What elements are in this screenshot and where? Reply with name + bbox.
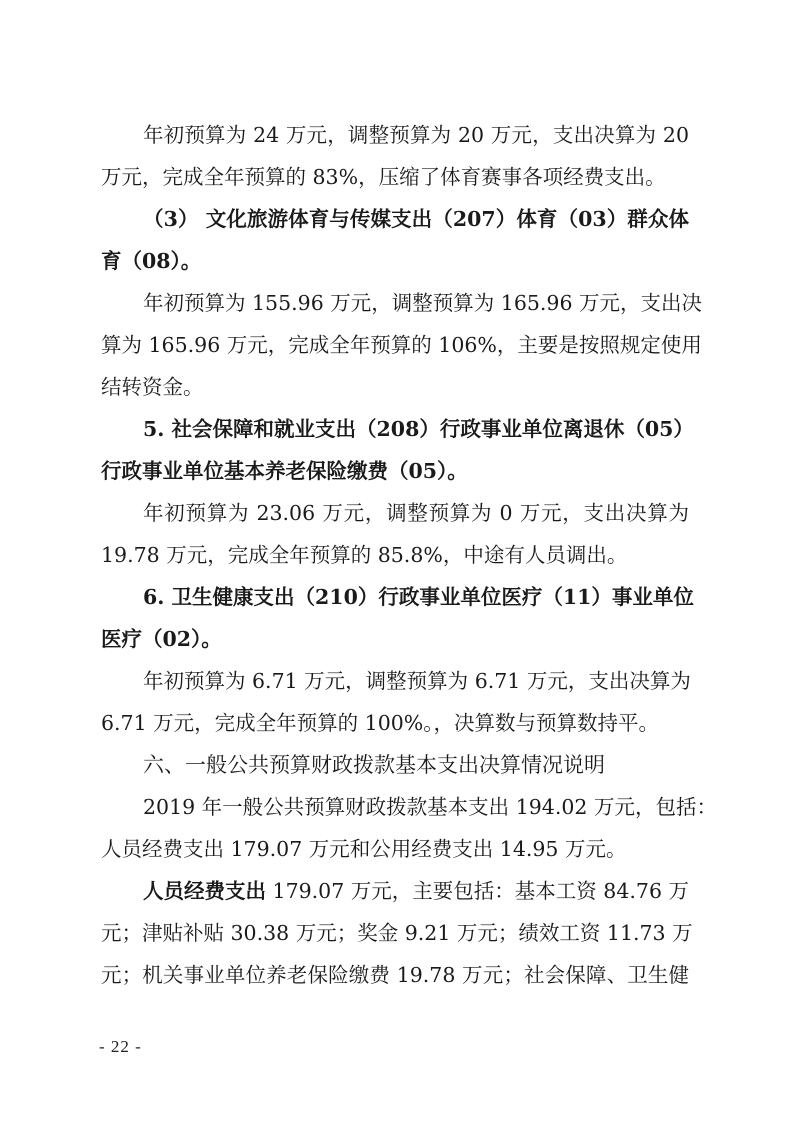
lead-term: 人员经费支出 <box>143 879 266 903</box>
section-heading-basic-expenditure: 六、一般公共预算财政拨款基本支出决算情况说明 <box>101 744 689 786</box>
heading-line: （3） 文化旅游体育与传媒支出（207）体育（03）群众体 <box>101 198 689 240</box>
heading-line: 行政事业单位基本养老保险缴费（05）。 <box>101 450 689 492</box>
text-line: 算为 165.96 万元，完成全年预算的 106%，主要是按照规定使用 <box>101 324 689 366</box>
page-number: - 22 - <box>99 1034 142 1060</box>
text-line: 2019 年一般公共预算财政拨款基本支出 194.02 万元，包括： <box>101 786 689 828</box>
paragraph-medical-budget: 年初预算为 6.71 万元，调整预算为 6.71 万元，支出决算为 6.71 万… <box>101 660 689 744</box>
text-line: 结转资金。 <box>101 366 689 408</box>
text-line: 6.71 万元，完成全年预算的 100%。，决算数与预算数持平。 <box>101 702 689 744</box>
paragraph-mass-sports-budget: 年初预算为 155.96 万元，调整预算为 165.96 万元，支出决 算为 1… <box>101 282 689 408</box>
heading-health-210: 6. 卫生健康支出（210）行政事业单位医疗（11）事业单位 医疗（02）。 <box>101 576 689 660</box>
text-line: 年初预算为 6.71 万元，调整预算为 6.71 万元，支出决算为 <box>101 660 689 702</box>
text-line: 万元，完成全年预算的 83%，压缩了体育赛事各项经费支出。 <box>101 156 689 198</box>
text-line: 元；津贴补贴 30.38 万元；奖金 9.21 万元；绩效工资 11.73 万 <box>101 912 689 954</box>
text-line: 年初预算为 23.06 万元，调整预算为 0 万元，支出决算为 <box>101 492 689 534</box>
text-line: 年初预算为 155.96 万元，调整预算为 165.96 万元，支出决 <box>101 282 689 324</box>
heading-line: 6. 卫生健康支出（210）行政事业单位医疗（11）事业单位 <box>101 576 689 618</box>
heading-culture-sports-207: （3） 文化旅游体育与传媒支出（207）体育（03）群众体 育（08）。 <box>101 198 689 282</box>
paragraph-sports-events-budget: 年初预算为 24 万元，调整预算为 20 万元，支出决算为 20 万元，完成全年… <box>101 114 689 198</box>
heading-line: 5. 社会保障和就业支出（208）行政事业单位离退休（05） <box>101 408 689 450</box>
paragraph-personnel-expenditure: 人员经费支出 179.07 万元，主要包括：基本工资 84.76 万 元；津贴补… <box>101 870 689 996</box>
text-line: 人员经费支出 179.07 万元，主要包括：基本工资 84.76 万 <box>101 870 689 912</box>
text-run: 179.07 万元，主要包括：基本工资 84.76 万 <box>266 879 689 903</box>
paragraph-pension-budget: 年初预算为 23.06 万元，调整预算为 0 万元，支出决算为 19.78 万元… <box>101 492 689 576</box>
text-line: 人员经费支出 179.07 万元和公用经费支出 14.95 万元。 <box>101 828 689 870</box>
heading-line: 医疗（02）。 <box>101 618 689 660</box>
section-heading-line: 六、一般公共预算财政拨款基本支出决算情况说明 <box>101 744 689 786</box>
paragraph-basic-expenditure-summary: 2019 年一般公共预算财政拨款基本支出 194.02 万元，包括： 人员经费支… <box>101 786 689 870</box>
text-line: 年初预算为 24 万元，调整预算为 20 万元，支出决算为 20 <box>101 114 689 156</box>
heading-social-security-208: 5. 社会保障和就业支出（208）行政事业单位离退休（05） 行政事业单位基本养… <box>101 408 689 492</box>
text-line: 19.78 万元，完成全年预算的 85.8%，中途有人员调出。 <box>101 534 689 576</box>
document-page: 年初预算为 24 万元，调整预算为 20 万元，支出决算为 20 万元，完成全年… <box>101 114 689 996</box>
heading-line: 育（08）。 <box>101 240 689 282</box>
text-line: 元；机关事业单位养老保险缴费 19.78 万元；社会保障、卫生健 <box>101 954 689 996</box>
